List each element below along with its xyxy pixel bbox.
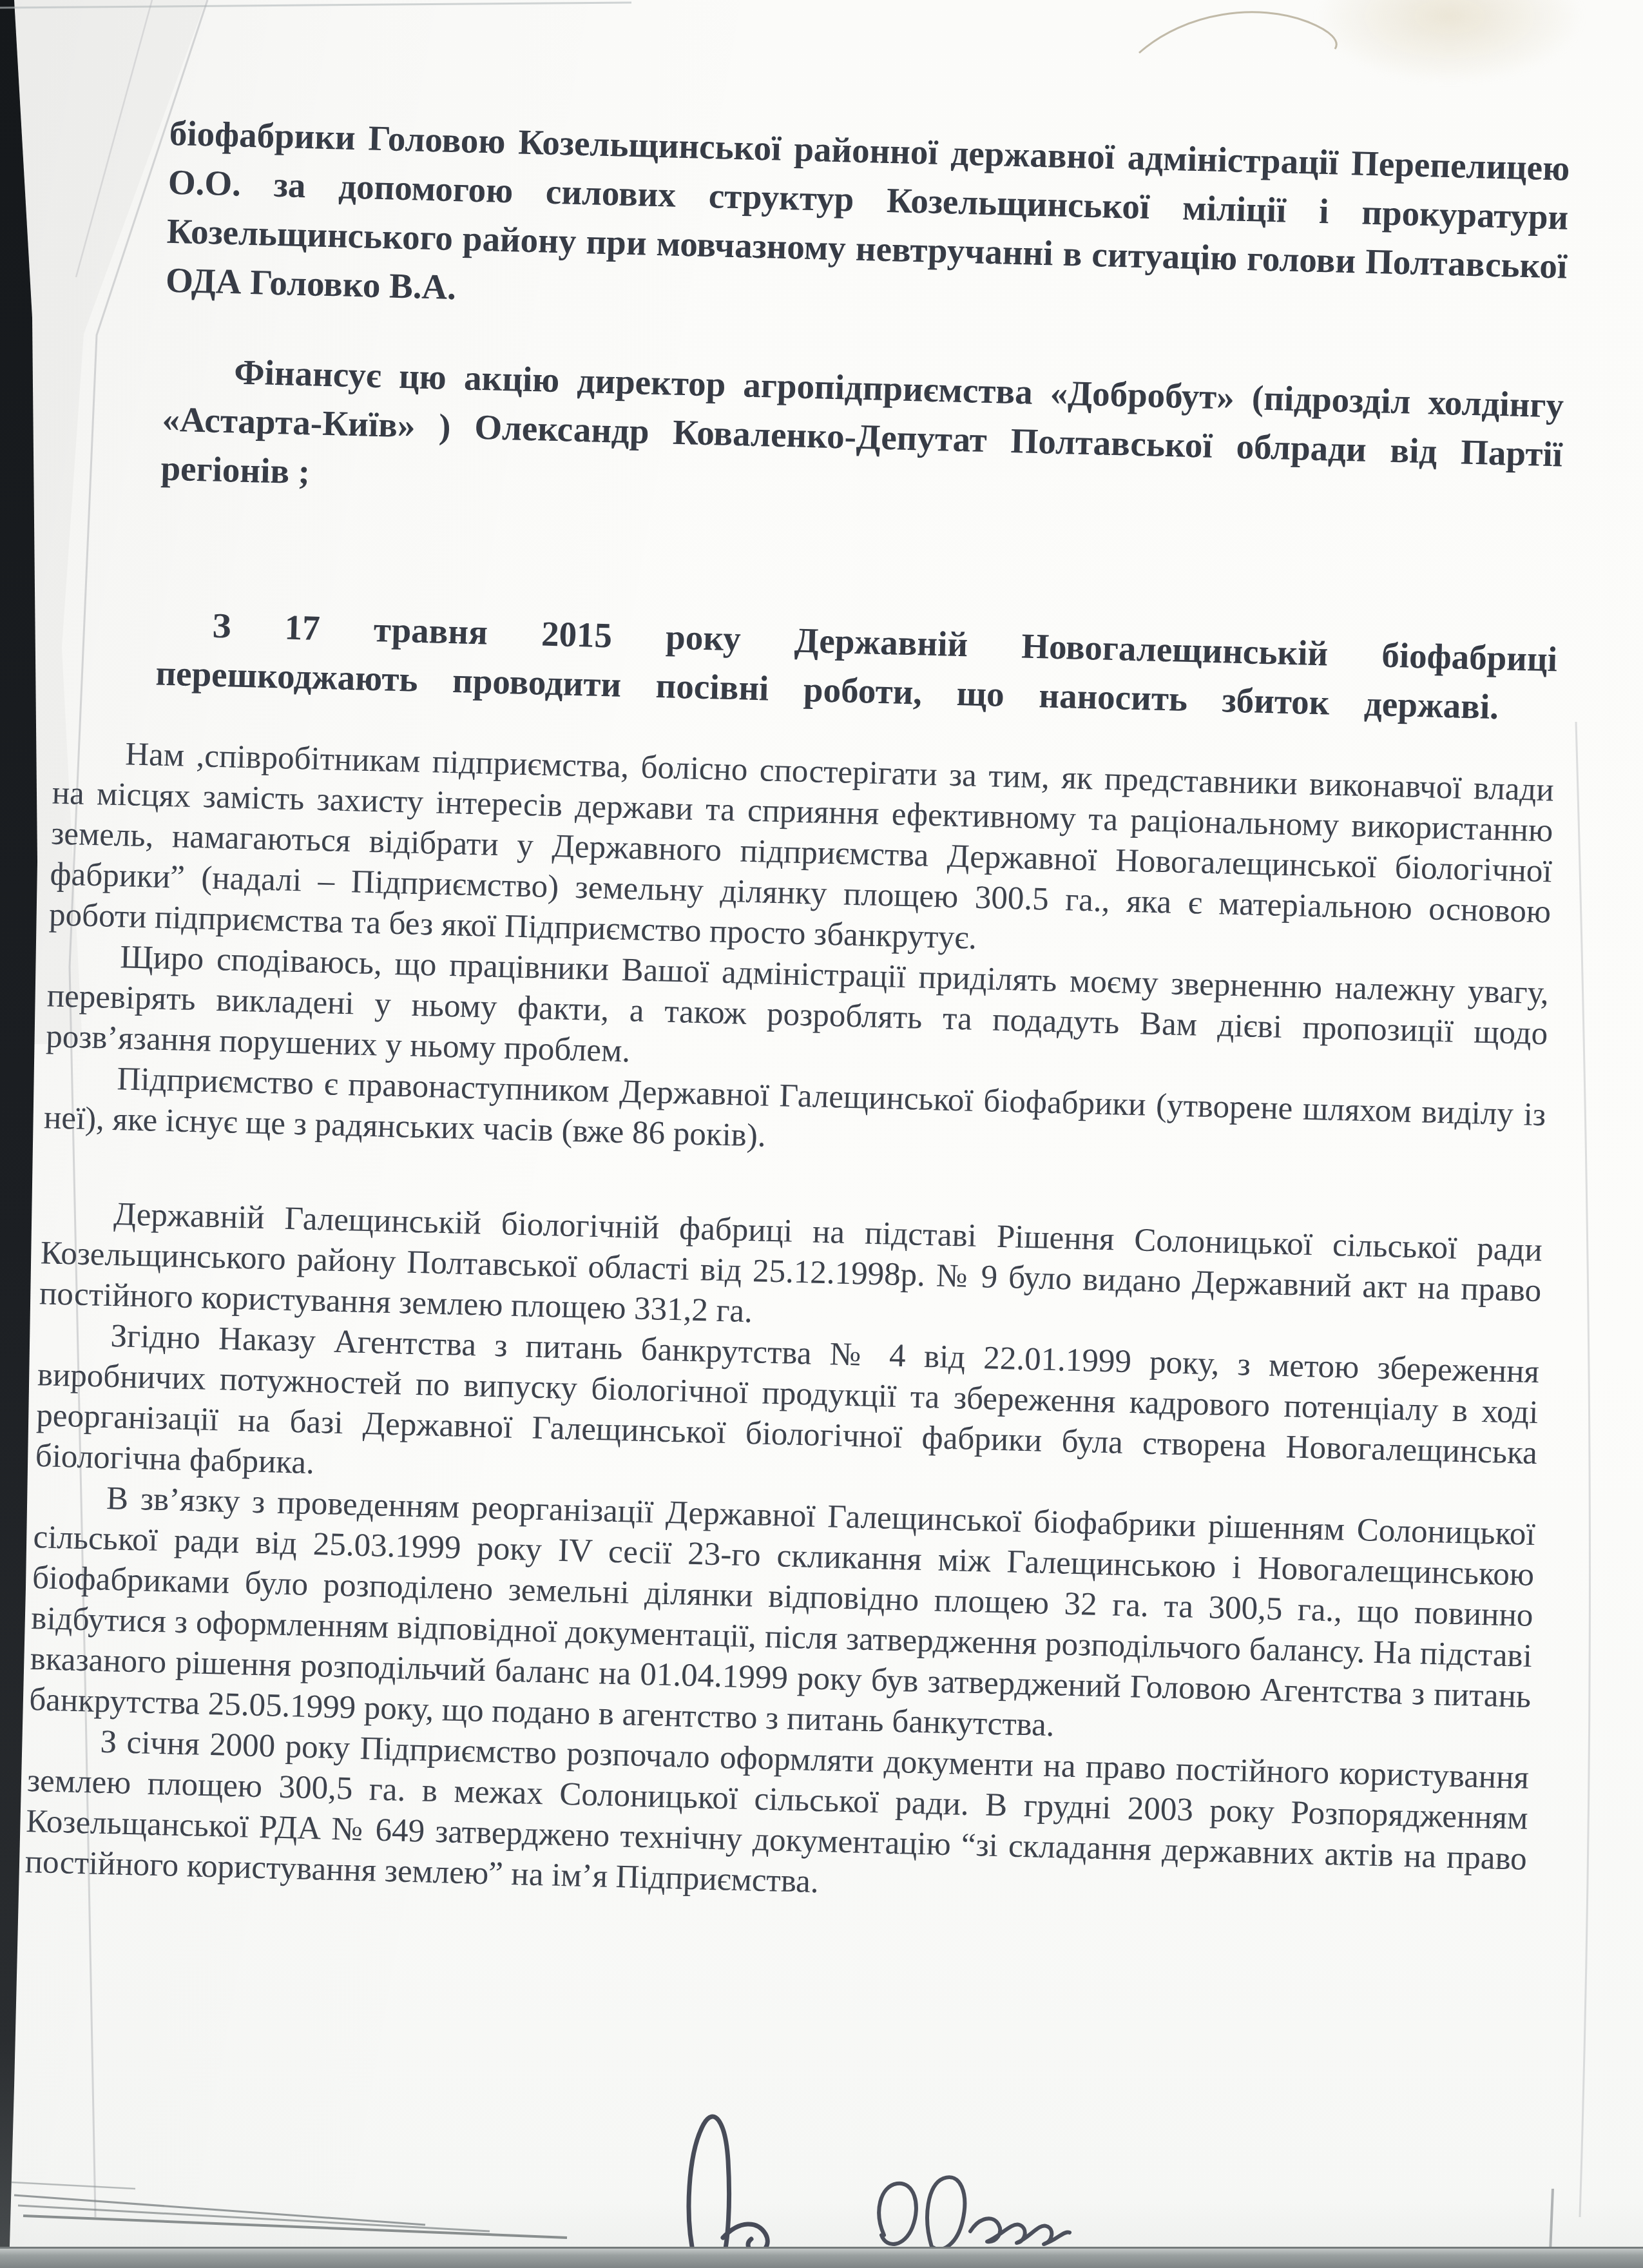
signature-ink-right [879, 2177, 1070, 2249]
signatures [0, 0, 1643, 2268]
signature-ink-left [689, 2117, 767, 2261]
scanned-page: біофабрики Головою Козельщинської районн… [0, 0, 1643, 2268]
scanner-edge-bottom [0, 2247, 1643, 2268]
